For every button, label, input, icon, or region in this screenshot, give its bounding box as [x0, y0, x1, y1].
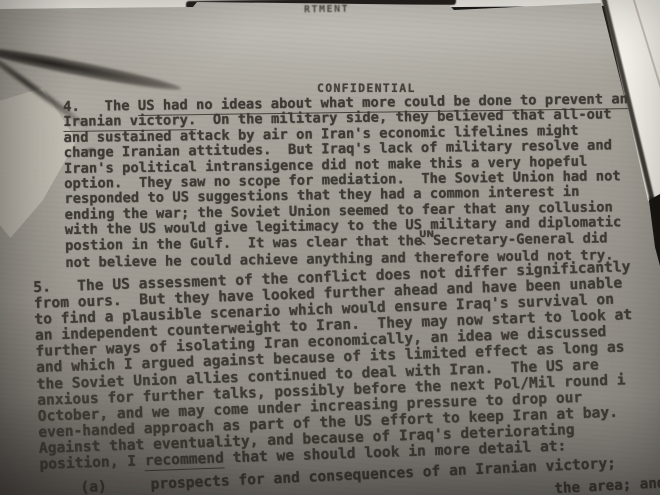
document-photo: RTMENT CONFIDENTIAL 4. The US had no ide…	[0, 0, 660, 495]
classification-marking: CONFIDENTIAL	[317, 81, 416, 95]
handwritten-insertion: UN	[419, 229, 434, 239]
letterhead-fragment: RTMENT	[304, 4, 349, 16]
bottom-line-fragment: the area; and	[554, 475, 660, 495]
page-text: RTMENT CONFIDENTIAL 4. The US had no ide…	[0, 0, 660, 495]
paragraph-5: 5. The US assessment of the conflict doe…	[33, 259, 637, 473]
paragraph-4: 4. The US had no ideas about what more c…	[63, 92, 630, 271]
